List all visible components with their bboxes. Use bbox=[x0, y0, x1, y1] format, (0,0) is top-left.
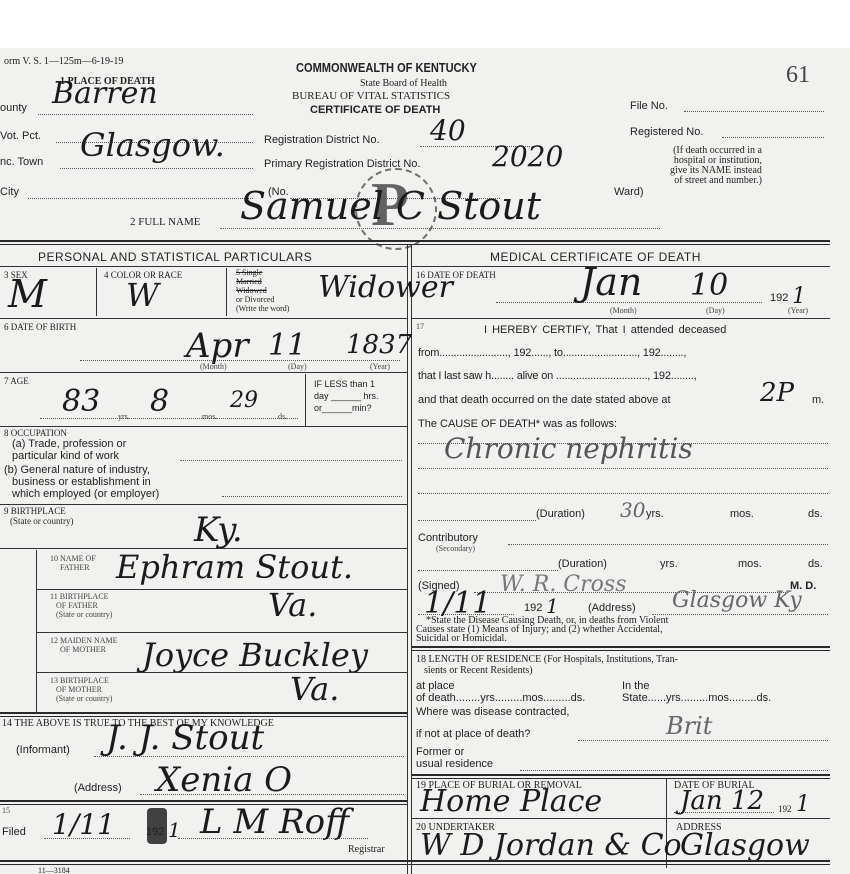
sex-value: M bbox=[8, 272, 47, 316]
last-saw-line: that I last saw h........ alive on .....… bbox=[418, 370, 696, 382]
divider bbox=[412, 318, 830, 319]
occupation-a-label: (a) Trade, profession or particular kind… bbox=[12, 438, 126, 462]
mother-birthplace-value: Va. bbox=[290, 670, 339, 708]
filed-number: 15 bbox=[2, 806, 10, 815]
burial-year-prefix: 192 bbox=[778, 804, 792, 814]
if-not-label: if not at place of death? bbox=[416, 728, 530, 740]
registrar-label: Registrar bbox=[348, 844, 385, 855]
duration2-ds-label: ds. bbox=[808, 558, 823, 570]
primary-reg-value: 2020 bbox=[492, 140, 563, 173]
secondary-label: (Secondary) bbox=[436, 544, 475, 553]
registered-no-line bbox=[722, 137, 824, 138]
duration-years: 30 bbox=[620, 498, 645, 522]
subtitle-bureau: BUREAU OF VITAL STATISTICS bbox=[292, 90, 450, 102]
divider bbox=[412, 646, 830, 651]
former-residence-line bbox=[520, 770, 828, 771]
certify-number: 17 bbox=[416, 322, 424, 331]
primary-reg-label: Primary Registration District No. bbox=[264, 158, 420, 170]
divider bbox=[0, 372, 407, 373]
death-certificate: orm V. S. 1—125m—6-19-19 COMMONWEALTH OF… bbox=[0, 48, 850, 874]
dod-day: 10 bbox=[690, 268, 728, 303]
duration2-label: (Duration) bbox=[558, 558, 607, 570]
occurred-time: 2P bbox=[760, 378, 794, 408]
vot-pct-label: Vot. Pct. bbox=[0, 130, 41, 142]
divider bbox=[412, 818, 830, 819]
city-label: City bbox=[0, 186, 19, 198]
certify-text: I HEREBY CERTIFY, That I attended deceas… bbox=[484, 324, 726, 336]
informant-label: (Informant) bbox=[16, 744, 70, 756]
dod-year-caption: (Year) bbox=[788, 306, 808, 315]
undertaker-address-value: Glasgow bbox=[680, 828, 810, 863]
age-years: 83 bbox=[62, 384, 100, 419]
subtitle-board: State Board of Health bbox=[360, 78, 447, 89]
dod-label: 16 DATE OF DEATH bbox=[416, 270, 496, 280]
birthplace-label: 9 BIRTHPLACE (State or country) bbox=[4, 506, 73, 526]
dob-year: 1837 bbox=[346, 330, 412, 360]
page-number: 61 bbox=[786, 62, 810, 89]
print-code: 11—3184 bbox=[38, 866, 70, 874]
divider bbox=[36, 589, 407, 590]
divider bbox=[0, 240, 830, 245]
informant-value: J. J. Stout bbox=[106, 718, 264, 758]
divider bbox=[0, 266, 407, 267]
where-contracted-label: Where was disease contracted, bbox=[416, 706, 569, 718]
father-birthplace-value: Va. bbox=[268, 586, 317, 624]
father-name-value: Ephram Stout. bbox=[116, 548, 353, 586]
dod-month-caption: (Month) bbox=[610, 306, 637, 315]
duration-yrs-label: yrs. bbox=[646, 508, 664, 520]
occurred-suffix: m. bbox=[812, 394, 824, 406]
year-caption: (Year) bbox=[370, 362, 390, 371]
personal-heading: PERSONAL AND STATISTICAL PARTICULARS bbox=[38, 250, 312, 264]
mother-birthplace-label: 13 BIRTHPLACE OF MOTHER (State or countr… bbox=[50, 676, 112, 703]
duration2-line bbox=[418, 570, 558, 571]
divider bbox=[305, 374, 306, 426]
file-no-line bbox=[684, 111, 824, 112]
divider bbox=[96, 268, 97, 316]
registered-no-label: Registered No. bbox=[630, 126, 703, 138]
occupation-b-line bbox=[222, 496, 402, 497]
duration2-mos-label: mos. bbox=[738, 558, 762, 570]
signed-address-label: (Address) bbox=[588, 602, 636, 614]
informant-address-value: Xenia O bbox=[156, 760, 292, 800]
father-name-label: 10 NAME OF FATHER bbox=[50, 554, 96, 572]
cause-label: The CAUSE OF DEATH* was as follows: bbox=[418, 418, 617, 430]
signed-address-line bbox=[652, 614, 828, 615]
yrs-caption: yrs. bbox=[118, 412, 130, 421]
mother-name-label: 12 MAIDEN NAME OF MOTHER bbox=[50, 636, 118, 654]
cause-line bbox=[418, 493, 828, 494]
divider bbox=[226, 268, 227, 316]
dod-month: Jan bbox=[580, 260, 642, 304]
city-line bbox=[28, 198, 253, 199]
duration-mos-label: mos. bbox=[730, 508, 754, 520]
cause-value: Chronic nephritis bbox=[444, 432, 693, 465]
divider bbox=[0, 860, 830, 865]
town-value: Glasgow. bbox=[80, 126, 225, 164]
birthplace-value: Ky. bbox=[194, 510, 243, 550]
month-caption: (Month) bbox=[200, 362, 227, 371]
former-residence-label: Former or usual residence bbox=[416, 746, 493, 770]
dob-day: 11 bbox=[268, 328, 306, 363]
duration-ds-label: ds. bbox=[808, 508, 823, 520]
dod-day-caption: (Day) bbox=[706, 306, 725, 315]
town-label: nc. Town bbox=[0, 156, 43, 168]
age-label: 7 AGE bbox=[4, 376, 29, 386]
duration-label: (Duration) bbox=[536, 508, 585, 520]
divider bbox=[0, 504, 407, 505]
registrar-value: L M Roff bbox=[200, 802, 349, 842]
burial-place-value: Home Place bbox=[420, 784, 602, 819]
signed-value: W. R. Cross bbox=[500, 572, 626, 597]
residence-state: In the State......yrs.........mos.......… bbox=[622, 680, 771, 704]
mos-caption: mos. bbox=[202, 412, 217, 421]
ds-caption: ds. bbox=[278, 412, 287, 421]
contracted-line bbox=[578, 740, 828, 741]
residence-heading: 18 LENGTH OF RESIDENCE (For Hospitals, I… bbox=[416, 654, 678, 676]
race-value: W bbox=[126, 276, 159, 314]
divider bbox=[36, 672, 407, 673]
full-name-value: Samuel C Stout bbox=[240, 184, 541, 228]
full-name-label: 2 FULL NAME bbox=[130, 216, 200, 228]
mother-name-value: Joyce Buckley bbox=[142, 636, 368, 674]
divider bbox=[0, 426, 407, 427]
divider bbox=[412, 774, 830, 779]
county-label: ounty bbox=[0, 102, 27, 114]
contributory-label: Contributory bbox=[418, 532, 478, 544]
town-line bbox=[60, 168, 253, 169]
divider bbox=[0, 318, 407, 319]
age-days: 29 bbox=[230, 388, 258, 413]
occurred-line: and that death occurred on the date stat… bbox=[418, 394, 671, 406]
occupation-label: 8 OCCUPATION bbox=[4, 428, 67, 438]
page-title: COMMONWEALTH OF KENTUCKY bbox=[296, 60, 477, 75]
filed-label: Filed bbox=[2, 826, 26, 838]
duration-line bbox=[418, 520, 536, 521]
divider bbox=[36, 632, 407, 633]
cause-line bbox=[418, 468, 828, 469]
occupation-b-label: (b) General nature of industry, business… bbox=[4, 464, 159, 500]
marital-options: 5 Single Married Widowed or Divorced (Wr… bbox=[236, 268, 289, 313]
filed-year-prefix: 192 bbox=[146, 826, 164, 838]
contracted-value: Brit bbox=[666, 712, 712, 740]
residence-at-place: at place of death........yrs.........mos… bbox=[416, 680, 585, 704]
reg-district-label: Registration District No. bbox=[264, 134, 380, 146]
filed-date: 1/11 bbox=[52, 808, 115, 841]
dob-month: Apr bbox=[186, 326, 249, 366]
undertaker-value: W D Jordan & Co bbox=[420, 828, 682, 863]
occupation-a-line bbox=[180, 460, 402, 461]
contributory-line bbox=[508, 544, 828, 545]
full-name-line bbox=[220, 228, 660, 229]
dod-year-prefix: 192 bbox=[770, 292, 788, 304]
subtitle-certificate: CERTIFICATE OF DEATH bbox=[310, 104, 440, 116]
father-birthplace-label: 11 BIRTHPLACE OF FATHER (State or countr… bbox=[50, 592, 112, 619]
day-caption: (Day) bbox=[288, 362, 307, 371]
from-to-line: from........................, 192......,… bbox=[418, 347, 686, 359]
ward-label: Ward) bbox=[614, 186, 644, 198]
county-value: Barren bbox=[52, 76, 158, 111]
age-months: 8 bbox=[150, 384, 169, 419]
duration2-yrs-label: yrs. bbox=[660, 558, 678, 570]
less-than-day: IF LESS than 1 day ______ hrs. or______m… bbox=[314, 378, 379, 414]
burial-year-suffix: 1 bbox=[796, 792, 810, 817]
burial-date-value: Jan 12 bbox=[680, 786, 764, 816]
dob-label: 6 DATE OF BIRTH bbox=[4, 322, 76, 332]
parents-label: PARENTS bbox=[0, 550, 30, 700]
hospital-note: (If death occurred in a hospital or inst… bbox=[670, 146, 762, 186]
form-id: orm V. S. 1—125m—6-19-19 bbox=[4, 56, 123, 67]
signed-address-value: Glasgow Ky bbox=[672, 588, 802, 613]
divider bbox=[0, 712, 407, 717]
signed-year-prefix: 192 bbox=[524, 602, 542, 614]
reg-district-value: 40 bbox=[430, 114, 466, 147]
file-no-label: File No. bbox=[630, 100, 668, 112]
address-label: (Address) bbox=[74, 782, 122, 794]
county-line bbox=[38, 114, 253, 115]
footnote: *State the Disease Causing Death, or, in… bbox=[416, 616, 668, 643]
